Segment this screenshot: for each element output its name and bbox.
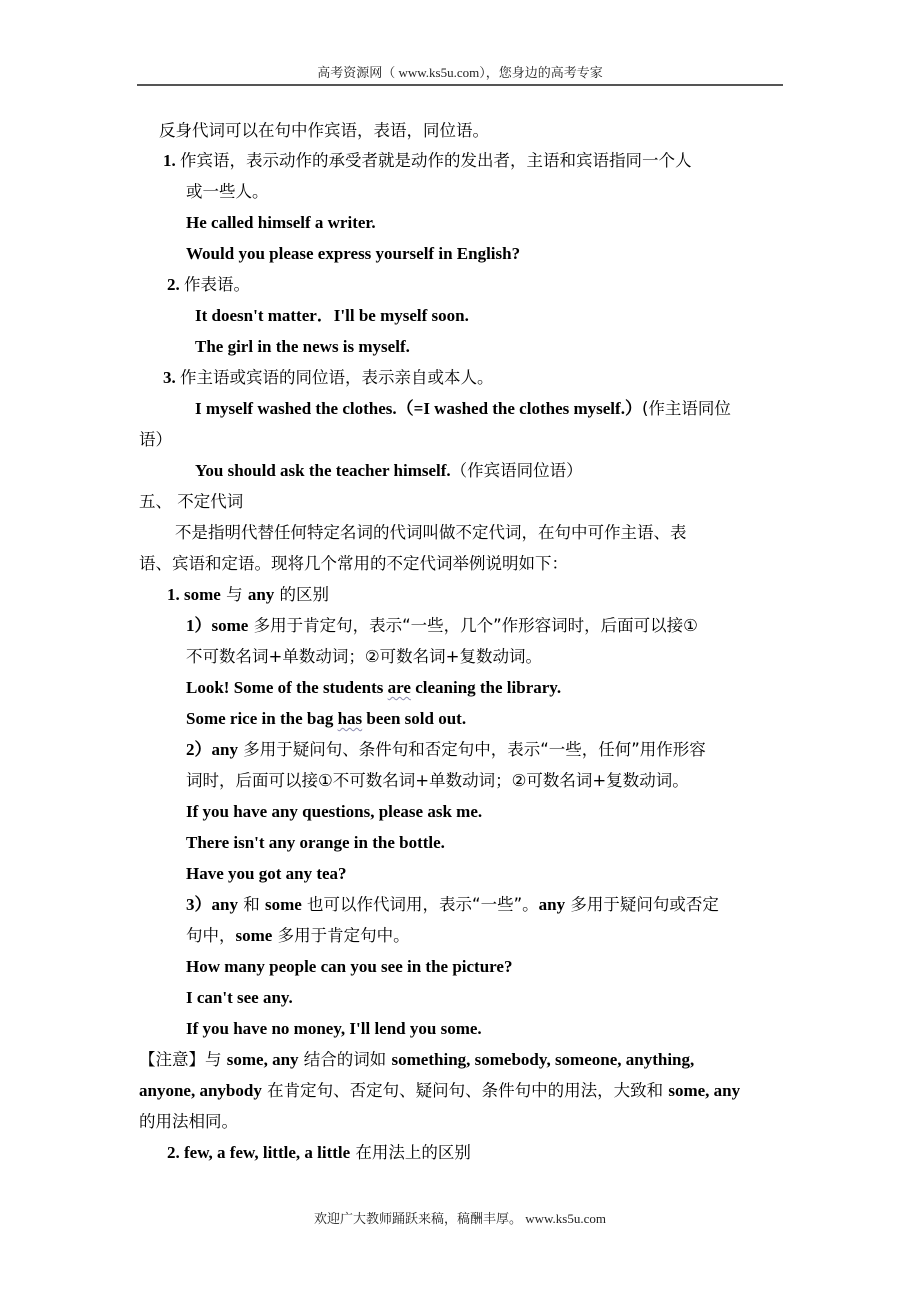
example-sentence: I can't see any. [186, 987, 293, 1009]
example-sentence: You should ask the teacher himself.（作宾语同… [195, 460, 583, 482]
point-2-text: 多用于疑问句、条件句和否定句中，表示“一些，任何”用作形容 [238, 740, 706, 759]
subsection-2-text: 在用法上的区别 [350, 1143, 471, 1162]
example-sentence: Some rice in the bag has been sold out. [186, 708, 466, 730]
item-2-text: 作表语。 [184, 275, 250, 294]
example-sentence: It doesn't matter．I'll be myself soon. [195, 305, 469, 327]
note-keyword: something, somebody, someone, anything, [392, 1050, 695, 1069]
point-1-text: 多用于肯定句，表示“一些，几个”作形容词时，后面可以接① [248, 616, 698, 635]
note-text: 在肯定句、否定句、疑问句、条件句中的用法，大致和 [262, 1081, 669, 1100]
point-3-text: 多用于疑问句或否定 [565, 895, 719, 914]
item-1-text-cont: 或一些人。 [186, 181, 269, 203]
section-5-title: 五、 不定代词 [139, 491, 243, 513]
example-annotation: （作宾语同位语） [451, 461, 583, 480]
example-sentence: He called himself a writer. [186, 212, 376, 234]
header-divider [137, 84, 783, 86]
grammar-flag-word: has [338, 709, 363, 728]
example-sentence: I myself washed the clothes.（=I washed t… [195, 398, 731, 420]
item-3-heading: 3. 作主语或宾语的同位语，表示亲自或本人。 [163, 367, 494, 389]
point-2: 2）any 多用于疑问句、条件句和否定句中，表示“一些，任何”用作形容 [186, 739, 706, 761]
example-part: Look! Some of the students [186, 678, 388, 697]
example-sentence: There isn't any orange in the bottle. [186, 832, 445, 854]
subsection-1-connector: 与 [221, 585, 248, 604]
item-3-number: 3. [163, 368, 176, 387]
point-3-keyword: any [539, 895, 565, 914]
point-3-text: 句中， [186, 926, 236, 945]
item-1-number: 1. [163, 151, 176, 170]
example-sentence: If you have any questions, please ask me… [186, 801, 482, 823]
grammar-flag-word: are [388, 678, 411, 697]
note-label: 【注意】与 [139, 1050, 227, 1069]
point-2-number: 2） [186, 740, 212, 759]
example-sentence: How many people can you see in the pictu… [186, 956, 512, 978]
point-1-text-cont: 不可数名词+单数动词；②可数名词+复数动词。 [186, 646, 542, 668]
example-annotation: (作主语同位 [642, 399, 731, 418]
subsection-1-heading: 1. some 与 any 的区别 [167, 584, 329, 606]
example-sentence: If you have no money, I'll lend you some… [186, 1018, 482, 1040]
page-footer: 欢迎广大教师踊跃来稿，稿酬丰厚。 www.ks5u.com [137, 1208, 783, 1227]
example-annotation-cont: 语） [139, 429, 172, 451]
section-5-paragraph: 不是指明代替任何特定名词的代词叫做不定代词，在句中可作主语、表 [175, 522, 687, 544]
point-2-text-cont: 词时，后面可以接①不可数名词+单数动词；②可数名词+复数动词。 [186, 770, 689, 792]
item-1-text: 作宾语，表示动作的承受者就是动作的发出者，主语和宾语指同一个人 [180, 151, 692, 170]
point-3-keyword: any [212, 895, 238, 914]
example-part: Some rice in the bag [186, 709, 338, 728]
note-keyword: some, any [227, 1050, 299, 1069]
point-3-number: 3） [186, 895, 212, 914]
point-3-keyword: some [265, 895, 302, 914]
item-3-text: 作主语或宾语的同位语，表示亲自或本人。 [180, 368, 494, 387]
note-text: 结合的词如 [299, 1050, 392, 1069]
note-paragraph-end: 的用法相同。 [139, 1111, 238, 1133]
example-sentence: Look! Some of the students are cleaning … [186, 677, 561, 699]
point-3-text: 多用于肯定句中。 [272, 926, 409, 945]
point-3-connector: 和 [238, 895, 265, 914]
point-1: 1）some 多用于肯定句，表示“一些，几个”作形容词时，后面可以接① [186, 615, 698, 637]
page-header: 高考资源网（ www.ks5u.com），您身边的高考专家 [137, 64, 783, 82]
example-sentence: Have you got any tea? [186, 863, 347, 885]
item-2-number: 2. [167, 275, 180, 294]
subsection-1-number: 1. some [167, 585, 221, 604]
note-keyword: anyone, anybody [139, 1081, 262, 1100]
note-paragraph: 【注意】与 some, any 结合的词如 something, somebod… [139, 1049, 694, 1071]
item-2-heading: 2. 作表语。 [167, 274, 250, 296]
point-2-keyword: any [212, 740, 238, 759]
subsection-1-any: any [248, 585, 274, 604]
item-1-heading: 1. 作宾语，表示动作的承受者就是动作的发出者，主语和宾语指同一个人 [163, 150, 692, 172]
example-english: You should ask the teacher himself. [195, 461, 451, 480]
example-sentence: Would you please express yourself in Eng… [186, 243, 520, 265]
point-3-keyword: some [236, 926, 273, 945]
section-5-paragraph-cont: 语、宾语和定语。现将几个常用的不定代词举例说明如下： [139, 553, 568, 575]
point-3-text: 也可以作代词用，表示“一些”。 [302, 895, 539, 914]
subsection-2-keywords: 2. few, a few, little, a little [167, 1143, 350, 1162]
example-part: been sold out. [362, 709, 466, 728]
point-3: 3）any 和 some 也可以作代词用，表示“一些”。any 多用于疑问句或否… [186, 894, 719, 916]
example-sentence: The girl in the news is myself. [195, 336, 410, 358]
example-part: cleaning the library. [411, 678, 561, 697]
point-3-cont: 句中，some 多用于肯定句中。 [186, 925, 410, 947]
intro-paragraph: 反身代词可以在句中作宾语，表语，同位语。 [159, 120, 489, 142]
point-1-number: 1） [186, 616, 212, 635]
subsection-1-tail: 的区别 [274, 585, 329, 604]
subsection-2-heading: 2. few, a few, little, a little 在用法上的区别 [167, 1142, 471, 1164]
point-1-keyword: some [212, 616, 249, 635]
note-paragraph-cont: anyone, anybody 在肯定句、否定句、疑问句、条件句中的用法，大致和… [139, 1080, 740, 1102]
example-english: I myself washed the clothes.（=I washed t… [195, 399, 642, 418]
note-keyword: some, any [668, 1081, 740, 1100]
